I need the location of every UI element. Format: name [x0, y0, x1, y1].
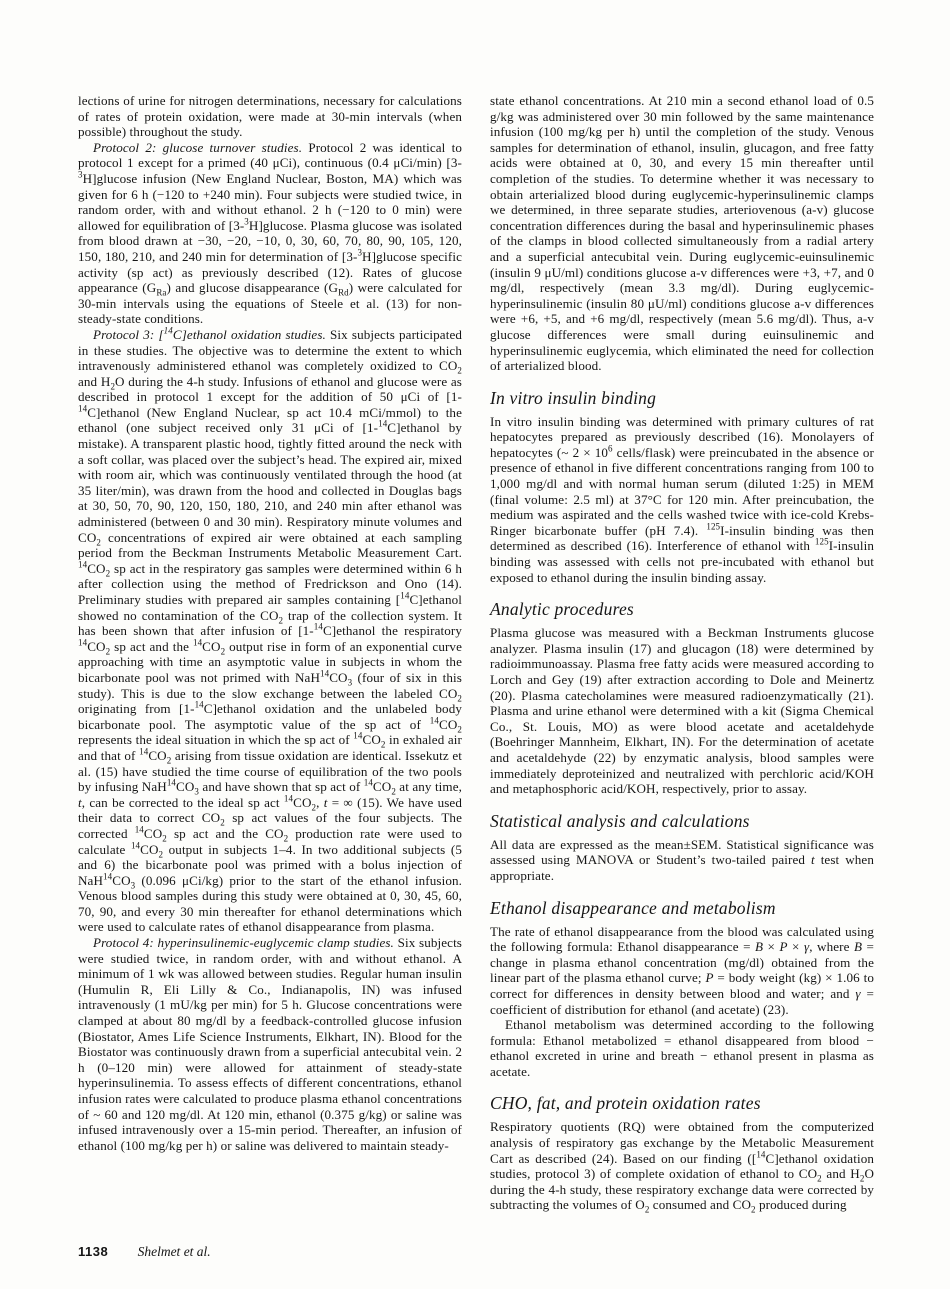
paragraph-ethanol-disappearance: The rate of ethanol disappearance from t… [490, 924, 874, 1018]
running-title: Shelmet et al. [138, 1244, 211, 1259]
page-footer: 1138 Shelmet et al. [78, 1244, 211, 1260]
paragraph-cho-fat-protein: Respiratory quotients (RQ) were obtained… [490, 1119, 874, 1213]
paragraph-ethanol-metabolism: Ethanol metabolism was determined accord… [490, 1017, 874, 1079]
section-heading-cho-fat-protein: CHO, fat, and protein oxidation rates [490, 1094, 874, 1113]
paragraph-continuation: lections of urine for nitrogen determina… [78, 93, 462, 140]
paragraph-analytic-procedures: Plasma glucose was measured with a Beckm… [490, 625, 874, 797]
page-number: 1138 [78, 1244, 108, 1259]
section-heading-in-vitro-insulin-binding: In vitro insulin binding [490, 389, 874, 408]
paragraph-in-vitro-insulin-binding: In vitro insulin binding was determined … [490, 414, 874, 586]
paragraph-statistical-analysis: All data are expressed as the mean±SEM. … [490, 837, 874, 884]
section-heading-statistical-analysis: Statistical analysis and calculations [490, 812, 874, 831]
paragraph-protocol-2: Protocol 2: glucose turnover studies. Pr… [78, 140, 462, 327]
paragraph-clamp-continuation: state ethanol concentrations. At 210 min… [490, 93, 874, 374]
two-column-layout: lections of urine for nitrogen determina… [78, 93, 874, 1213]
paragraph-protocol-3: Protocol 3: [14C]ethanol oxidation studi… [78, 327, 462, 935]
section-heading-analytic-procedures: Analytic procedures [490, 600, 874, 619]
section-heading-ethanol-disappearance: Ethanol disappearance and metabolism [490, 899, 874, 918]
right-column: state ethanol concentrations. At 210 min… [490, 93, 874, 1213]
paragraph-protocol-4: Protocol 4: hyperinsulinemic-euglycemic … [78, 935, 462, 1153]
paper-page: lections of urine for nitrogen determina… [0, 0, 950, 1289]
left-column: lections of urine for nitrogen determina… [78, 93, 462, 1213]
